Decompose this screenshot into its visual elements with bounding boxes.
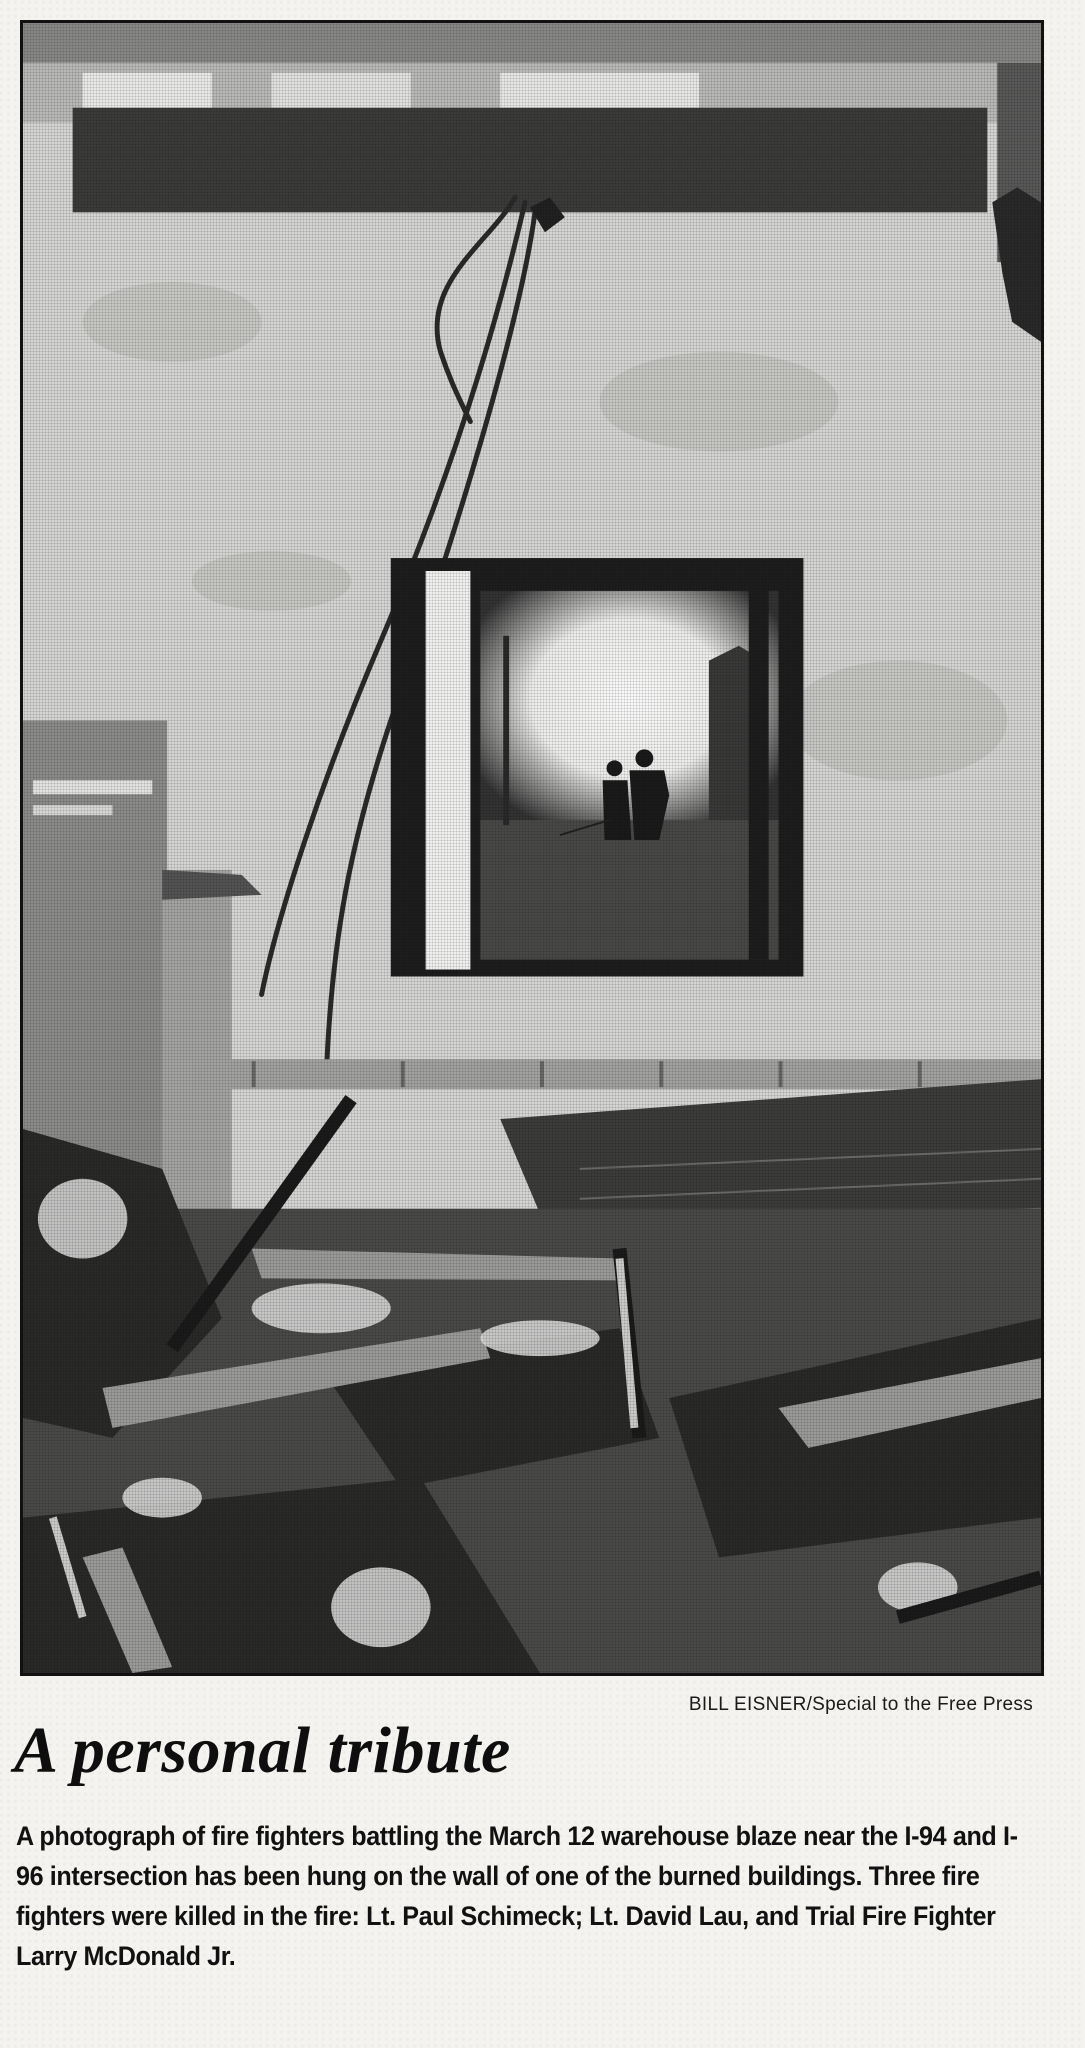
photo-caption: A photograph of fire fighters battling t…	[16, 1816, 1039, 1976]
framed-firefighter-photo	[391, 558, 804, 976]
newspaper-clipping: BILL EISNER/Special to the Free Press A …	[0, 0, 1085, 2048]
news-photo	[20, 20, 1044, 1676]
photo-credit: BILL EISNER/Special to the Free Press	[689, 1694, 1033, 1716]
headline: A personal tribute	[14, 1718, 511, 1784]
photo-illustration	[23, 23, 1041, 1673]
